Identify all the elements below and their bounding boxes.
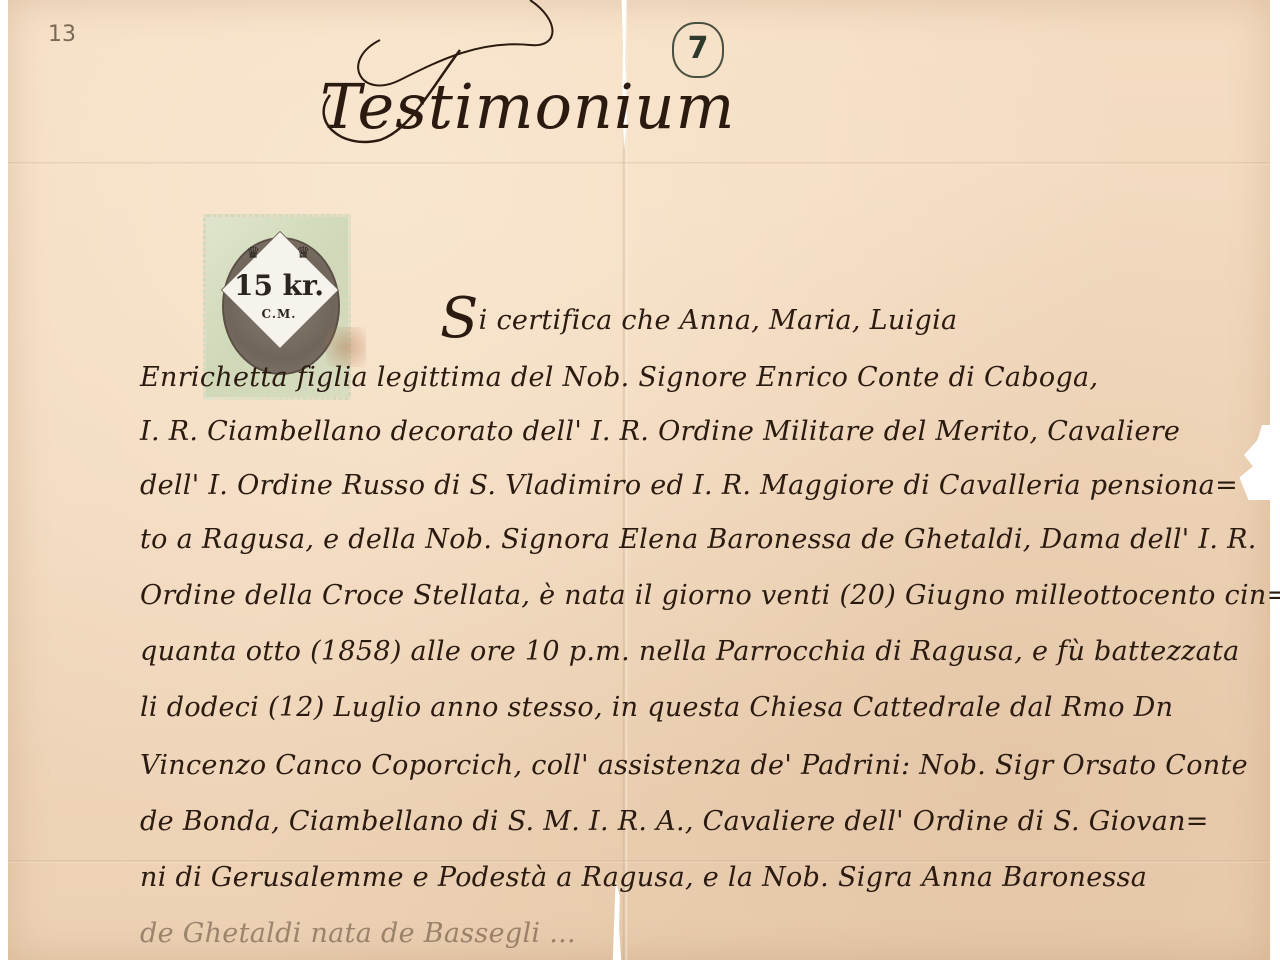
body-line-5: to a Ragusa, e della Nob. Signora Elena … <box>140 524 1257 555</box>
body-line-9: Vincenzo Canco Coporcich, coll' assisten… <box>140 750 1248 781</box>
body-line-6: Ordine della Croce Stellata, è nata il g… <box>140 580 1280 611</box>
body-line-10: de Bonda, Ciambellano di S. M. I. R. A.,… <box>140 806 1209 837</box>
body-line-4: dell' I. Ordine Russo di S. Vladimiro ed… <box>140 470 1238 501</box>
body-line-2: Enrichetta figlia legittima del Nob. Sig… <box>140 362 1098 393</box>
body-line-3: I. R. Ciambellano decorato dell' I. R. O… <box>140 416 1180 447</box>
body-line-11: ni di Gerusalemme e Podestà a Ragusa, e … <box>140 862 1147 893</box>
horizontal-fold-line <box>8 162 1270 165</box>
stamp-currency: C.M. <box>206 307 352 321</box>
body-line-8: li dodeci (12) Luglio anno stesso, in qu… <box>140 692 1173 723</box>
drop-cap: S <box>440 286 479 351</box>
document-title: Testimonium <box>320 70 820 143</box>
body-line-1: Si certifica che Anna, Maria, Luigia <box>440 286 957 351</box>
margin-number: 13 <box>48 22 76 47</box>
stamp-stain <box>326 327 366 367</box>
body-line-12-cut-off: de Ghetaldi nata de Bassegli ... <box>140 918 576 949</box>
eagle-icon: ♛ <box>246 243 260 262</box>
stamp-value: 15 kr. <box>206 269 352 302</box>
eagle-icon: ♛ <box>296 243 310 262</box>
body-line-7: quanta otto (1858) alle ore 10 p.m. nell… <box>140 636 1240 667</box>
